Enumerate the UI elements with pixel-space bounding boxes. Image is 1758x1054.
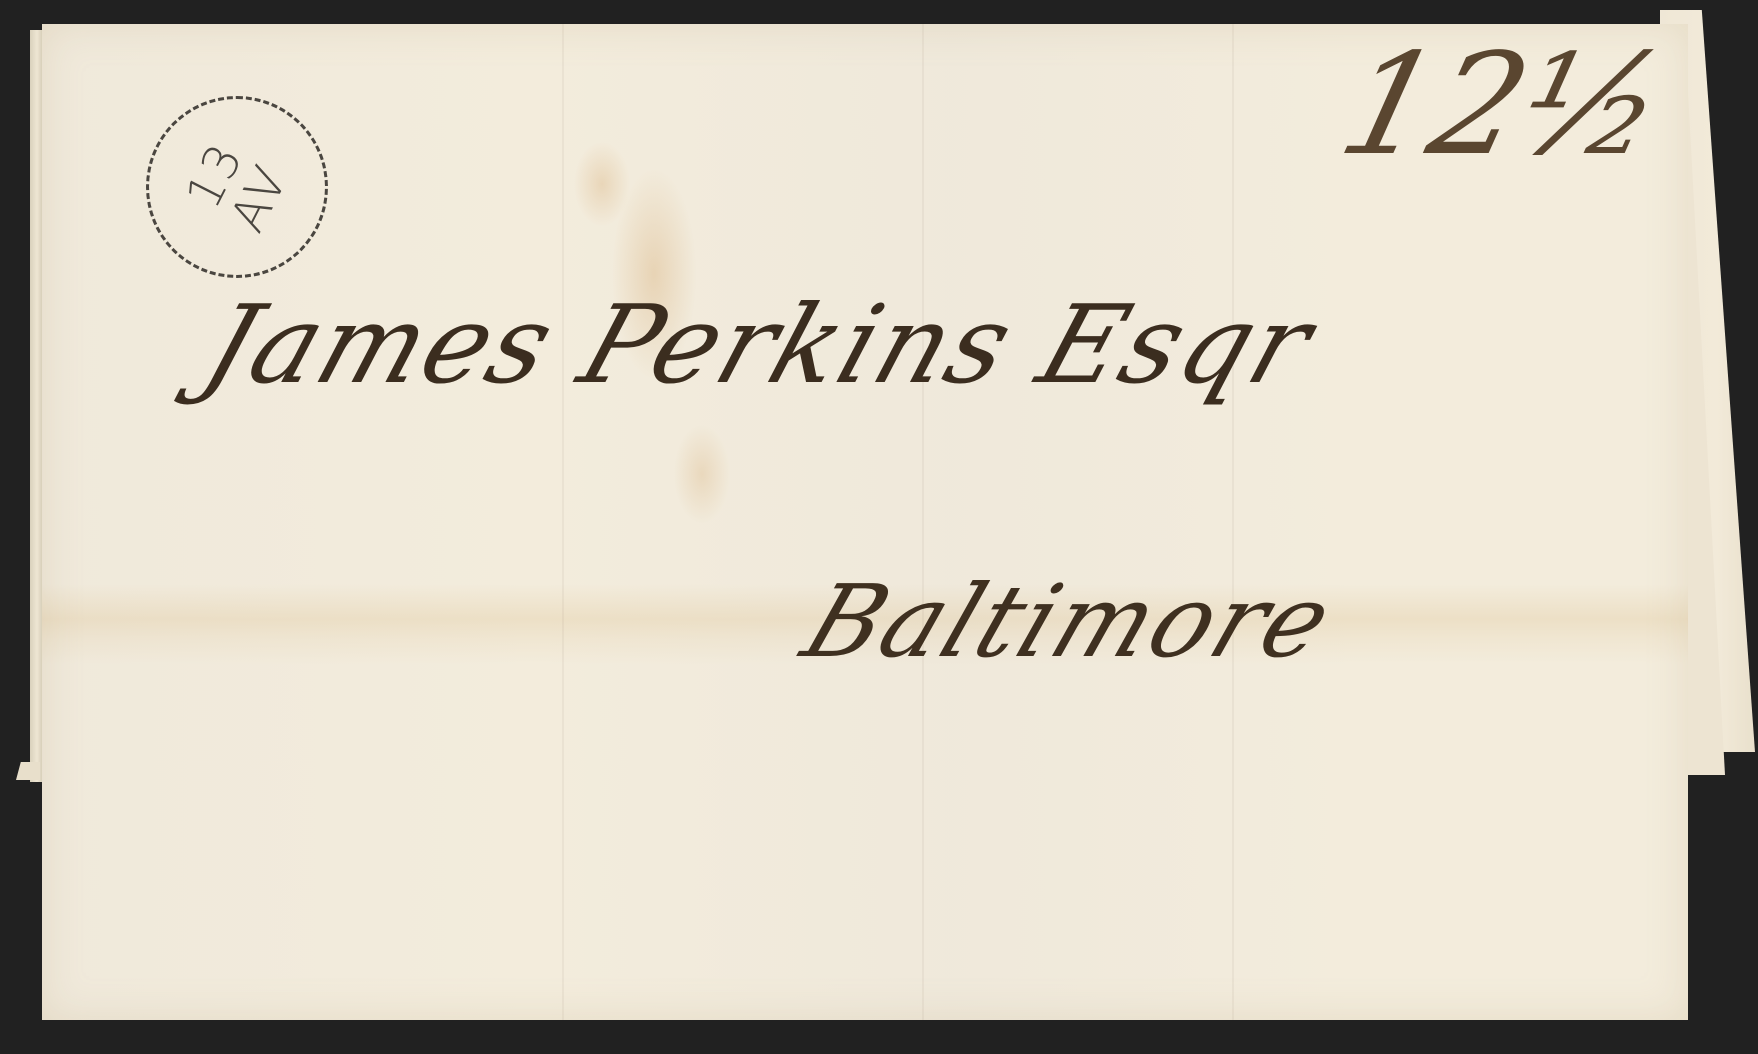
fold-line — [1232, 24, 1234, 1020]
torn-paper-tab — [16, 762, 40, 780]
postage-rate-marking: 12½ — [1329, 36, 1678, 176]
fold-line — [922, 24, 924, 1020]
addressee-name: James Perkins Esqr — [192, 292, 1325, 400]
circular-handstamp: 13 AV — [146, 96, 328, 278]
fold-line — [562, 24, 564, 1020]
handstamp-text: 13 AV — [177, 135, 296, 240]
addressee-city: Baltimore — [792, 572, 1346, 672]
